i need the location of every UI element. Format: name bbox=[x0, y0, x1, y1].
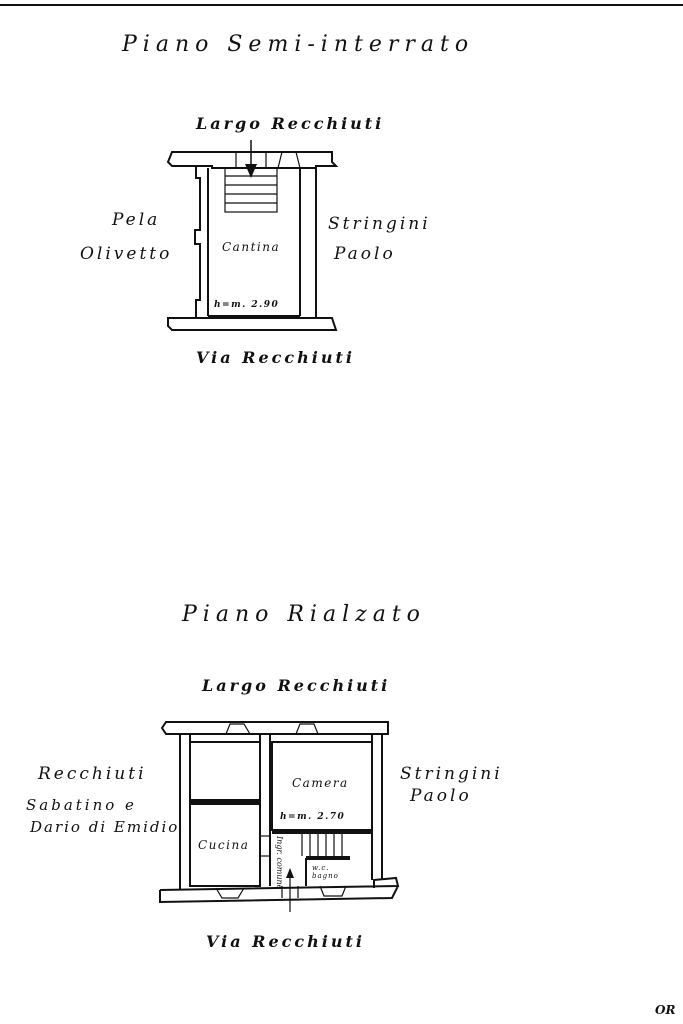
upper-left-room bbox=[190, 742, 260, 800]
room-label-ingresso-comune: Ingr. comune bbox=[275, 836, 284, 889]
south-street-label-rialzato: Via Recchiuti bbox=[206, 932, 365, 951]
room-label-cucina: Cucina bbox=[198, 838, 249, 852]
north-window-2 bbox=[296, 724, 318, 734]
room-label-wc-bagno: w.c. bagno bbox=[312, 864, 342, 880]
door-cucina-corridor bbox=[260, 836, 270, 856]
north-wall bbox=[162, 722, 388, 734]
room-height-camera: h=m. 2.70 bbox=[280, 812, 345, 822]
entry-arrow-icon bbox=[286, 868, 294, 878]
north-window-1 bbox=[226, 724, 250, 734]
room-label-camera: Camera bbox=[292, 776, 349, 790]
footer-mark: OR bbox=[655, 1003, 675, 1017]
